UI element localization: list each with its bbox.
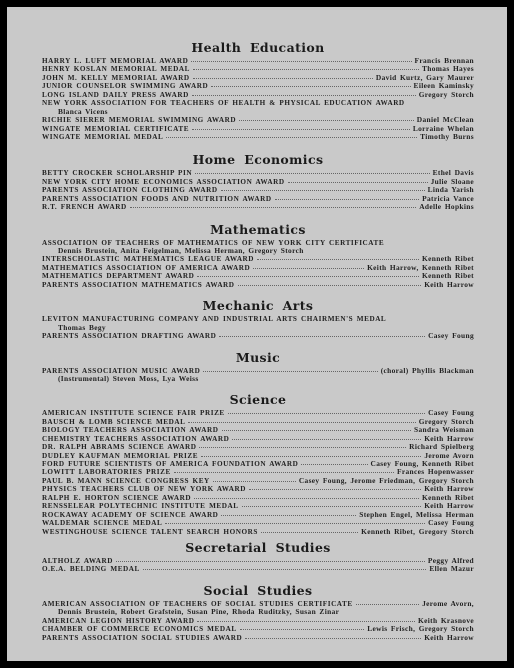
dot-leader [197,621,415,622]
award-name: LOWITT LABORATORIES PRIZE [42,468,171,476]
dot-leader [192,129,410,130]
award-recipient-continuation: Dennis Brustein, Robert Grafstein, Susan… [42,608,474,616]
dot-leader [288,182,428,183]
dot-leader [245,638,421,639]
award-name: BAUSCH & LOMB SCIENCE MEDAL [42,418,185,426]
dot-leader [213,481,296,482]
dot-leader [261,532,358,533]
award-row: BETTY CROCKER SCHOLARSHIP PINEthel Davis [42,169,474,177]
dot-leader [249,489,421,490]
dot-leader [219,336,425,337]
awards-list: Health EducationHARRY L. LUFT MEMORIAL A… [42,39,474,649]
award-name: PARENTS ASSOCIATION SOCIAL STUDIES AWARD [42,634,242,642]
award-row: RALPH E. HORTON SCIENCE AWARDKenneth Rib… [42,494,474,502]
dot-leader [201,456,421,457]
dot-leader [166,137,417,138]
dot-leader [116,561,425,562]
section-mechanic-arts: Mechanic ArtsLEVITON MANUFACTURING COMPA… [42,297,474,340]
award-name: HENRY KOSLAN MEMORIAL MEDAL [42,65,190,73]
award-row: JOHN M. KELLY MEMORIAL AWARDDavid Kurtz,… [42,74,474,82]
section-secretarial-studies: Secretarial StudiesALTHOLZ AWARDPeggy Al… [42,539,474,574]
dot-leader [232,439,421,440]
dot-leader [203,371,377,372]
award-name: PARENTS ASSOCIATION MATHEMATICS AWARD [42,281,235,289]
dot-leader [221,515,356,516]
award-row: BIOLOGY TEACHERS ASSOCIATION AWARDSandra… [42,426,474,434]
section-title: Social Studies [42,582,474,599]
award-name: JUNIOR COUNSELOR SWIMMING AWARD [42,82,208,90]
award-name: FORD FUTURE SCIENTISTS OF AMERICA FOUNDA… [42,460,298,468]
dot-leader [238,285,422,286]
award-name: BIOLOGY TEACHERS ASSOCIATION AWARD [42,426,219,434]
section-title: Music [42,349,474,366]
award-name: PAUL B. MANN SCIENCE CONGRESS KEY [42,477,210,485]
dot-leader [165,523,425,524]
section-title: Health Education [42,39,474,56]
award-row: AMERICAN INSTITUTE SCIENCE FAIR PRIZECas… [42,409,474,417]
award-recipient-continuation: Dennis Brustein, Anita Feigelman, Meliss… [42,247,474,255]
dot-leader [221,190,425,191]
dot-leader [228,413,425,414]
award-recipient: Keith Harrow [424,634,474,642]
dot-leader [275,199,420,200]
award-rows: AMERICAN INSTITUTE SCIENCE FAIR PRIZECas… [42,409,474,536]
dot-leader [194,498,419,499]
award-name: CHEMISTRY TEACHERS ASSOCIATION AWARD [42,435,229,443]
dot-leader [193,69,419,70]
award-recipient: Keith Harrow [424,281,474,289]
award-name: MATHEMATICS DEPARTMENT AWARD [42,272,194,280]
award-name: PARENTS ASSOCIATION FOODS AND NUTRITION … [42,195,272,203]
dot-leader [211,86,410,87]
award-recipient: (choral) Phyllis Blackman [381,367,474,375]
dot-leader [195,173,430,174]
dot-leader [253,268,364,269]
award-rows: HARRY L. LUFT MEMORIAL AWARDFrancis Bren… [42,57,474,141]
dot-leader [143,569,426,570]
award-name: RALPH E. HORTON SCIENCE AWARD [42,494,191,502]
award-rows: BETTY CROCKER SCHOLARSHIP PINEthel Davis… [42,169,474,211]
award-row: BAUSCH & LOMB SCIENCE MEDALGregory Storc… [42,418,474,426]
section-health-education: Health EducationHARRY L. LUFT MEMORIAL A… [42,39,474,141]
section-title: Mechanic Arts [42,297,474,314]
award-name: WALDEMAR SCIENCE MEDAL [42,519,162,527]
dot-leader [191,61,411,62]
award-recipient: Adelle Hopkins [419,203,474,211]
award-name: BETTY CROCKER SCHOLARSHIP PIN [42,169,192,177]
award-name: INTERSCHOLASTIC MATHEMATICS LEAGUE AWARD [42,255,254,263]
dot-leader [242,506,422,507]
award-row: PARENTS ASSOCIATION MATHEMATICS AWARDKei… [42,281,474,289]
award-name: CHAMBER OF COMMERCE ECONOMICS MEDAL [42,625,237,633]
award-rows: LEVITON MANUFACTURING COMPANY AND INDUST… [42,315,474,340]
award-row: CHAMBER OF COMMERCE ECONOMICS MEDALLewis… [42,625,474,633]
section-title: Home Economics [42,151,474,168]
dot-leader [193,78,373,79]
award-name: RICHIE SIERER MEMORIAL SWIMMING AWARD [42,116,236,124]
award-name: ROCKAWAY ACADEMY OF SCIENCE AWARD [42,511,218,519]
award-row: DR. RALPH ABRAMS SCIENCE AWARDRichard Sp… [42,443,474,451]
section-title: Science [42,391,474,408]
award-name: AMERICAN LEGION HISTORY AWARD [42,617,194,625]
award-row: LEVITON MANUFACTURING COMPANY AND INDUST… [42,315,474,323]
dot-leader [174,472,394,473]
dot-leader [301,464,367,465]
award-name: WESTINGHOUSE SCIENCE TALENT SEARCH HONOR… [42,528,258,536]
dot-leader [240,629,365,630]
award-row: MATHEMATICS ASSOCIATION OF AMERICA AWARD… [42,264,474,272]
award-row: O.E.A. BELDING MEDALEllen Mazur [42,565,474,573]
award-row: PAUL B. MANN SCIENCE CONGRESS KEYCasey F… [42,477,474,485]
award-name: LONG ISLAND DAILY PRESS AWARD [42,91,189,99]
award-name: AMERICAN INSTITUTE SCIENCE FAIR PRIZE [42,409,225,417]
award-recipient-continuation: (Instrumental) Steven Moss, Lya Weiss [42,375,474,383]
award-name: PHYSICS TEACHERS CLUB OF NEW YORK AWARD [42,485,246,493]
award-row: JUNIOR COUNSELOR SWIMMING AWARDEileen Ka… [42,82,474,90]
award-recipient-continuation: Thomas Begy [42,324,474,332]
dot-leader [192,95,416,96]
award-name: ALTHOLZ AWARD [42,557,113,565]
award-name: R.T. FRENCH AWARD [42,203,127,211]
award-recipient: Timothy Burns [420,133,474,141]
award-row: PARENTS ASSOCIATION CLOTHING AWARDLinda … [42,186,474,194]
award-name: DR. RALPH ABRAMS SCIENCE AWARD [42,443,196,451]
dot-leader [239,120,414,121]
award-name: WINGATE MEMORIAL MEDAL [42,133,163,141]
award-name: NEW YORK CITY HOME ECONOMICS ASSOCIATION… [42,178,285,186]
award-row: PHYSICS TEACHERS CLUB OF NEW YORK AWARDK… [42,485,474,493]
award-name: MATHEMATICS ASSOCIATION OF AMERICA AWARD [42,264,250,272]
award-name: PARENTS ASSOCIATION CLOTHING AWARD [42,186,218,194]
section-mathematics: MathematicsASSOCIATION OF TEACHERS OF MA… [42,221,474,290]
award-row: WINGATE MEMORIAL CERTIFICATELorraine Whe… [42,125,474,133]
award-recipient: Jerome Avorn, [422,600,474,608]
document-page: Health EducationHARRY L. LUFT MEMORIAL A… [7,7,507,661]
award-rows: ASSOCIATION OF TEACHERS OF MATHEMATICS O… [42,239,474,290]
award-name: WINGATE MEMORIAL CERTIFICATE [42,125,189,133]
award-row: ALTHOLZ AWARDPeggy Alfred [42,557,474,565]
dot-leader [356,604,419,605]
section-title: Mathematics [42,221,474,238]
dot-leader [222,430,411,431]
award-rows: AMERICAN ASSOCIATION OF TEACHERS OF SOCI… [42,600,474,642]
dot-leader [130,207,417,208]
section-science: ScienceAMERICAN INSTITUTE SCIENCE FAIR P… [42,391,474,536]
award-recipient: Kenneth Ribet, Gregory Storch [361,528,474,536]
award-recipient: Casey Foung [428,332,474,340]
award-row: ROCKAWAY ACADEMY OF SCIENCE AWARDStephen… [42,511,474,519]
award-row: PARENTS ASSOCIATION DRAFTING AWARDCasey … [42,332,474,340]
award-name: DUDLEY KAUFMAN MEMORIAL PRIZE [42,452,198,460]
award-row: R.T. FRENCH AWARDAdelle Hopkins [42,203,474,211]
award-row: PARENTS ASSOCIATION FOODS AND NUTRITION … [42,195,474,203]
award-name: JOHN M. KELLY MEMORIAL AWARD [42,74,190,82]
award-row: LONG ISLAND DAILY PRESS AWARDGregory Sto… [42,91,474,99]
award-row: MATHEMATICS DEPARTMENT AWARDKenneth Ribe… [42,272,474,280]
award-name: RENSSELEAR POLYTECHNIC INSTITUTE MEDAL [42,502,239,510]
award-row: PARENTS ASSOCIATION SOCIAL STUDIES AWARD… [42,634,474,642]
section-title: Secretarial Studies [42,539,474,556]
award-name: HARRY L. LUFT MEMORIAL AWARD [42,57,188,65]
award-recipient: Gregory Storch [419,91,474,99]
award-row: RICHIE SIERER MEMORIAL SWIMMING AWARDDan… [42,116,474,124]
section-social-studies: Social StudiesAMERICAN ASSOCIATION OF TE… [42,582,474,642]
dot-leader [188,422,415,423]
award-name: PARENTS ASSOCIATION DRAFTING AWARD [42,332,216,340]
award-rows: ALTHOLZ AWARDPeggy AlfredO.E.A. BELDING … [42,557,474,574]
award-recipient: Ellen Mazur [429,565,474,573]
award-rows: PARENTS ASSOCIATION MUSIC AWARD(choral) … [42,367,474,384]
award-row: WINGATE MEMORIAL MEDALTimothy Burns [42,133,474,141]
award-row: WESTINGHOUSE SCIENCE TALENT SEARCH HONOR… [42,528,474,536]
dot-leader [197,276,419,277]
section-music: MusicPARENTS ASSOCIATION MUSIC AWARD(cho… [42,349,474,384]
section-home-economics: Home EconomicsBETTY CROCKER SCHOLARSHIP … [42,151,474,211]
award-row: HARRY L. LUFT MEMORIAL AWARDFrancis Bren… [42,57,474,65]
dot-leader [257,259,419,260]
award-recipient-continuation: Blanca Vicens [42,108,474,116]
award-name: O.E.A. BELDING MEDAL [42,565,140,573]
dot-leader [199,447,406,448]
award-row: NEW YORK CITY HOME ECONOMICS ASSOCIATION… [42,178,474,186]
